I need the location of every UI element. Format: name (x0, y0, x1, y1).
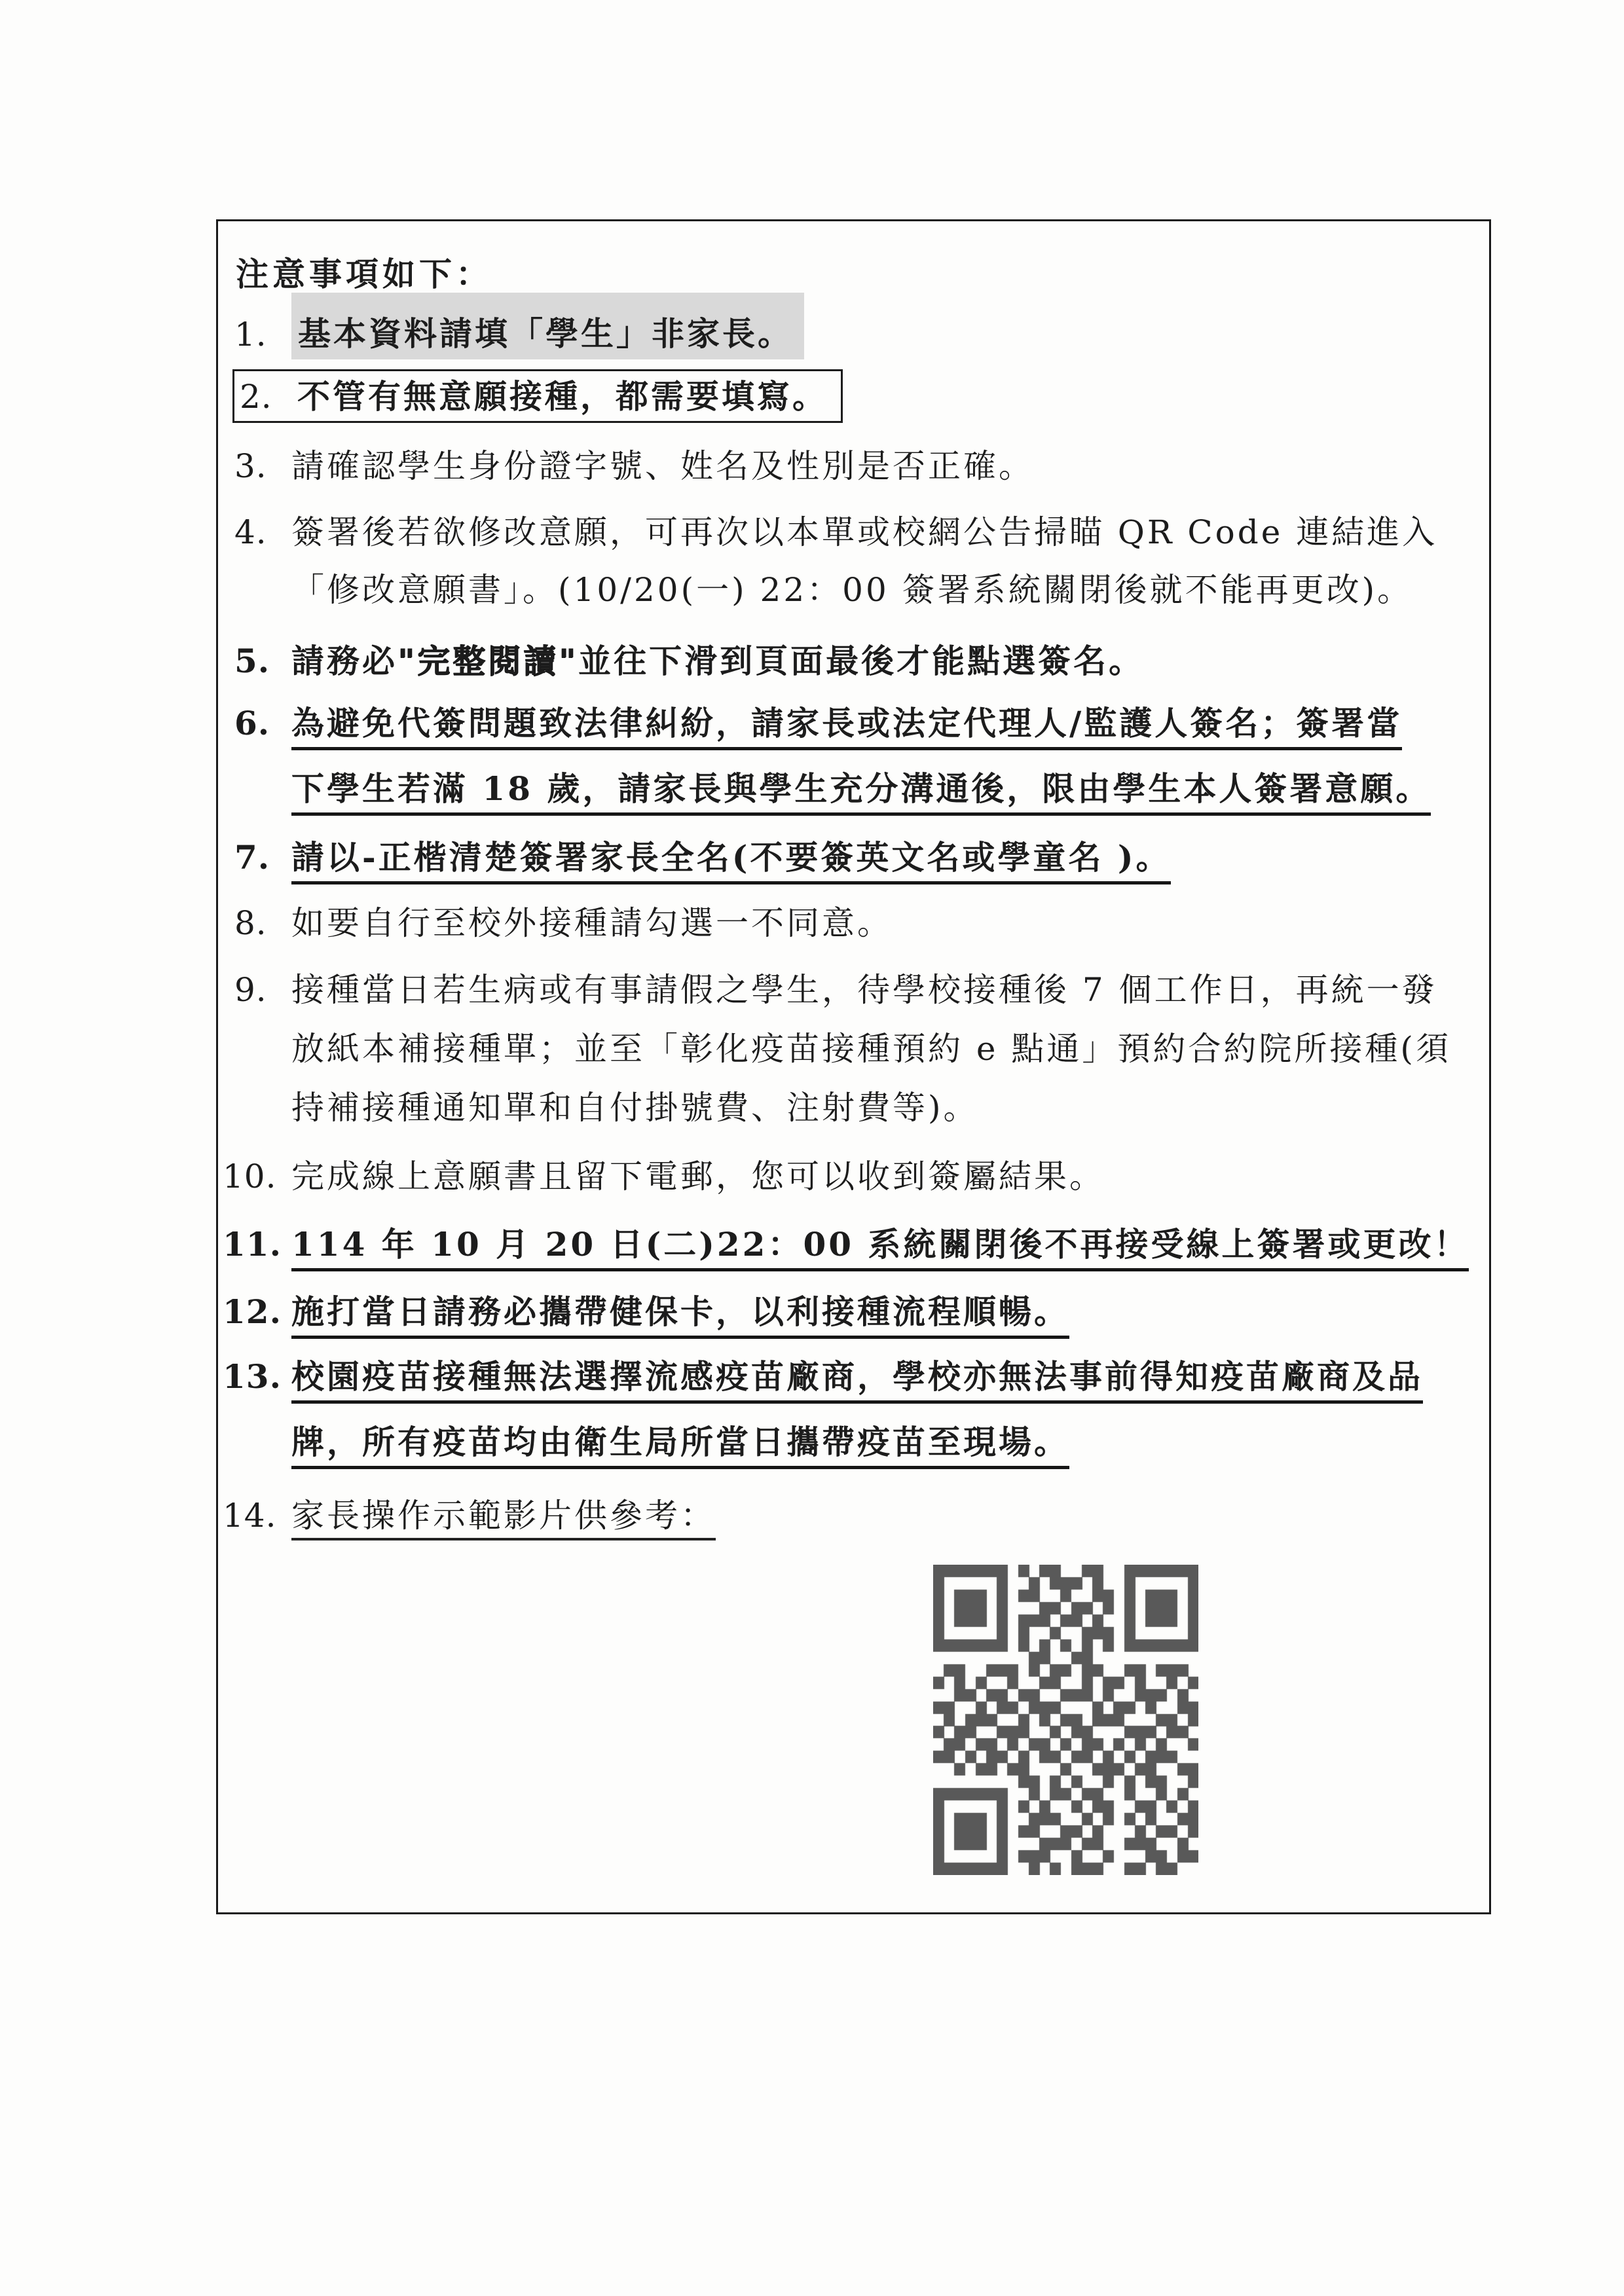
item-number: 2. (234, 380, 297, 413)
item-number: 9. (216, 974, 291, 1006)
item-line: 接種當日若生病或有事請假之學生，待學校接種後 7 個工作日，再統一發 (291, 974, 1451, 1032)
notice-item-12: 12. 施打當日請務必攜帶健保卡，以利接種流程順暢。 (216, 1296, 1069, 1339)
notice-item-1: 1. 基本資料請填「學生」非家長。 (216, 293, 804, 359)
notice-item-9: 9. 接種當日若生病或有事請假之學生，待學校接種後 7 個工作日，再統一發 放紙… (216, 974, 1451, 1150)
item-number: 6. (216, 707, 291, 740)
item-text: 不管有無意願接種，都需要填寫。 (297, 380, 828, 413)
item-line: 持補接種通知單和自付掛號費、注射費等)。 (291, 1091, 1451, 1150)
notice-title: 注意事項如下： (236, 258, 492, 291)
item-text: 接種當日若生病或有事請假之學生，待學校接種後 7 個工作日，再統一發 放紙本補接… (291, 974, 1451, 1150)
item-number: 8. (216, 907, 291, 939)
item-text: 請務必"完整閱讀"並往下滑到頁面最後才能點選簽名。 (291, 645, 1144, 678)
notice-item-5: 5. 請務必"完整閱讀"並往下滑到頁面最後才能點選簽名。 (216, 645, 1144, 678)
item-number: 3. (216, 450, 291, 483)
notice-item-4: 4. 簽署後若欲修改意願，可再次以本單或校網公告掃瞄 QR Code 連結進入 … (216, 516, 1437, 631)
item-text-emphasis: "完整閱讀" (397, 642, 578, 680)
item-number: 4. (216, 516, 291, 549)
item-text-suffix: 並往下滑到頁面最後才能點選簽名。 (578, 642, 1144, 680)
notice-item-6: 6. 為避免代簽問題致法律糾紛，請家長或法定代理人/監護人簽名；簽署當 下學生若… (216, 707, 1431, 838)
item-number: 12. (216, 1296, 291, 1328)
notice-item-13: 13. 校園疫苗接種無法選擇流感疫苗廠商，學校亦無法事前得知疫苗廠商及品 牌，所… (216, 1360, 1423, 1491)
item-text: 114 年 10 月 20 日(二)22：00 系統關閉後不再接受線上簽署或更改… (291, 1228, 1469, 1271)
item-text: 完成線上意願書且留下電郵，您可以收到簽屬結果。 (291, 1160, 1105, 1193)
underlined-text: 114 年 10 月 20 日(二)22：00 系統關閉後不再接受線上簽署或更改… (291, 1228, 1469, 1271)
underlined-text: 下學生若滿 18 歲，請家長與學生充分溝通後，限由學生本人簽署意願。 (291, 773, 1431, 816)
item-number: 5. (216, 645, 291, 678)
item-line: 牌，所有疫苗均由衛生局所當日攜帶疫苗至現場。 (291, 1426, 1423, 1491)
item-number: 1. (216, 293, 291, 351)
underlined-text: 校園疫苗接種無法選擇流感疫苗廠商，學校亦無法事前得知疫苗廠商及品 (291, 1360, 1423, 1404)
underlined-text: 施打當日請務必攜帶健保卡，以利接種流程順暢。 (291, 1296, 1069, 1339)
item-text: 如要自行至校外接種請勾選一不同意。 (291, 907, 893, 939)
notice-item-7: 7. 請以-正楷清楚簽署家長全名(不要簽英文名或學童名 )。 (216, 841, 1171, 884)
item-line: 簽署後若欲修改意願，可再次以本單或校網公告掃瞄 QR Code 連結進入 (291, 516, 1437, 574)
item-number: 10. (216, 1160, 291, 1193)
item-text: 請確認學生身份證字號、姓名及性別是否正確。 (291, 450, 1034, 483)
item-text: 為避免代簽問題致法律糾紛，請家長或法定代理人/監護人簽名；簽署當 下學生若滿 1… (291, 707, 1431, 838)
notice-item-2: 2. 不管有無意願接種，都需要填寫。 (232, 369, 843, 423)
notice-item-14: 14. 家長操作示範影片供參考： (216, 1499, 716, 1540)
item-line: 校園疫苗接種無法選擇流感疫苗廠商，學校亦無法事前得知疫苗廠商及品 (291, 1360, 1423, 1426)
qr-code-canvas (933, 1565, 1198, 1875)
notice-item-8: 8. 如要自行至校外接種請勾選一不同意。 (216, 907, 893, 939)
item-line: 「修改意願書」。(10/20(一) 22：00 簽署系統關閉後就不能再更改)。 (291, 574, 1437, 631)
underlined-text: 請以-正楷清楚簽署家長全名(不要簽英文名或學童名 )。 (291, 841, 1171, 884)
item-text: 簽署後若欲修改意願，可再次以本單或校網公告掃瞄 QR Code 連結進入 「修改… (291, 516, 1437, 631)
item-line: 下學生若滿 18 歲，請家長與學生充分溝通後，限由學生本人簽署意願。 (291, 773, 1431, 838)
underlined-text: 為避免代簽問題致法律糾紛，請家長或法定代理人/監護人簽名；簽署當 (291, 707, 1402, 750)
qr-code (933, 1565, 1198, 1875)
item-number: 13. (216, 1360, 291, 1393)
item-text: 校園疫苗接種無法選擇流感疫苗廠商，學校亦無法事前得知疫苗廠商及品 牌，所有疫苗均… (291, 1360, 1423, 1491)
item-line: 放紙本補接種單；並至「彰化疫苗接種預約 e 點通」預約合約院所接種(須 (291, 1032, 1451, 1091)
item-text-prefix: 請務必 (291, 642, 397, 680)
item-text-highlighted: 基本資料請填「學生」非家長。 (291, 293, 804, 359)
underlined-text: 牌，所有疫苗均由衛生局所當日攜帶疫苗至現場。 (291, 1426, 1069, 1469)
notice-item-11: 11. 114 年 10 月 20 日(二)22：00 系統關閉後不再接受線上簽… (216, 1228, 1469, 1271)
item-number: 11. (216, 1228, 291, 1261)
item-number: 14. (216, 1499, 291, 1532)
notice-item-3: 3. 請確認學生身份證字號、姓名及性別是否正確。 (216, 450, 1034, 483)
item-text: 請以-正楷清楚簽署家長全名(不要簽英文名或學童名 )。 (291, 841, 1171, 884)
item-line: 為避免代簽問題致法律糾紛，請家長或法定代理人/監護人簽名；簽署當 (291, 707, 1431, 773)
notice-item-10: 10. 完成線上意願書且留下電郵，您可以收到簽屬結果。 (216, 1160, 1105, 1193)
item-text: 家長操作示範影片供參考： (291, 1499, 716, 1540)
item-text: 施打當日請務必攜帶健保卡，以利接種流程順暢。 (291, 1296, 1069, 1339)
underlined-text: 家長操作示範影片供參考： (291, 1499, 716, 1540)
item-number: 7. (216, 841, 291, 874)
